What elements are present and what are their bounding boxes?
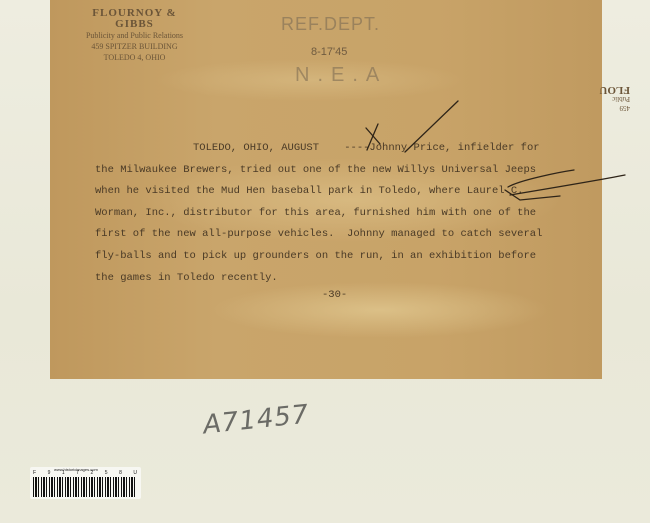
slash-mark-stroke xyxy=(510,175,625,195)
barcode-digit: 5 xyxy=(105,470,108,476)
slash-mark-stroke xyxy=(508,170,574,187)
barcode-digit: 2 xyxy=(90,470,93,476)
barcode-digit: 7 xyxy=(76,470,79,476)
barcode-digit: F xyxy=(33,470,36,476)
pencil-marks xyxy=(0,0,650,523)
barcode-digit: 9 xyxy=(48,470,51,476)
barcode-digit: U xyxy=(133,470,137,476)
barcode-digit: 8 xyxy=(119,470,122,476)
barcode-digit: 1 xyxy=(62,470,65,476)
barcode-label: www.historicimages.com F 9 1 7 2 5 8 U xyxy=(30,467,141,499)
x-mark-stroke xyxy=(367,124,378,150)
barcode-digits: F 9 1 7 2 5 8 U xyxy=(33,470,137,476)
barcode-bars-icon xyxy=(33,477,137,497)
check-mark-stroke xyxy=(405,101,458,152)
